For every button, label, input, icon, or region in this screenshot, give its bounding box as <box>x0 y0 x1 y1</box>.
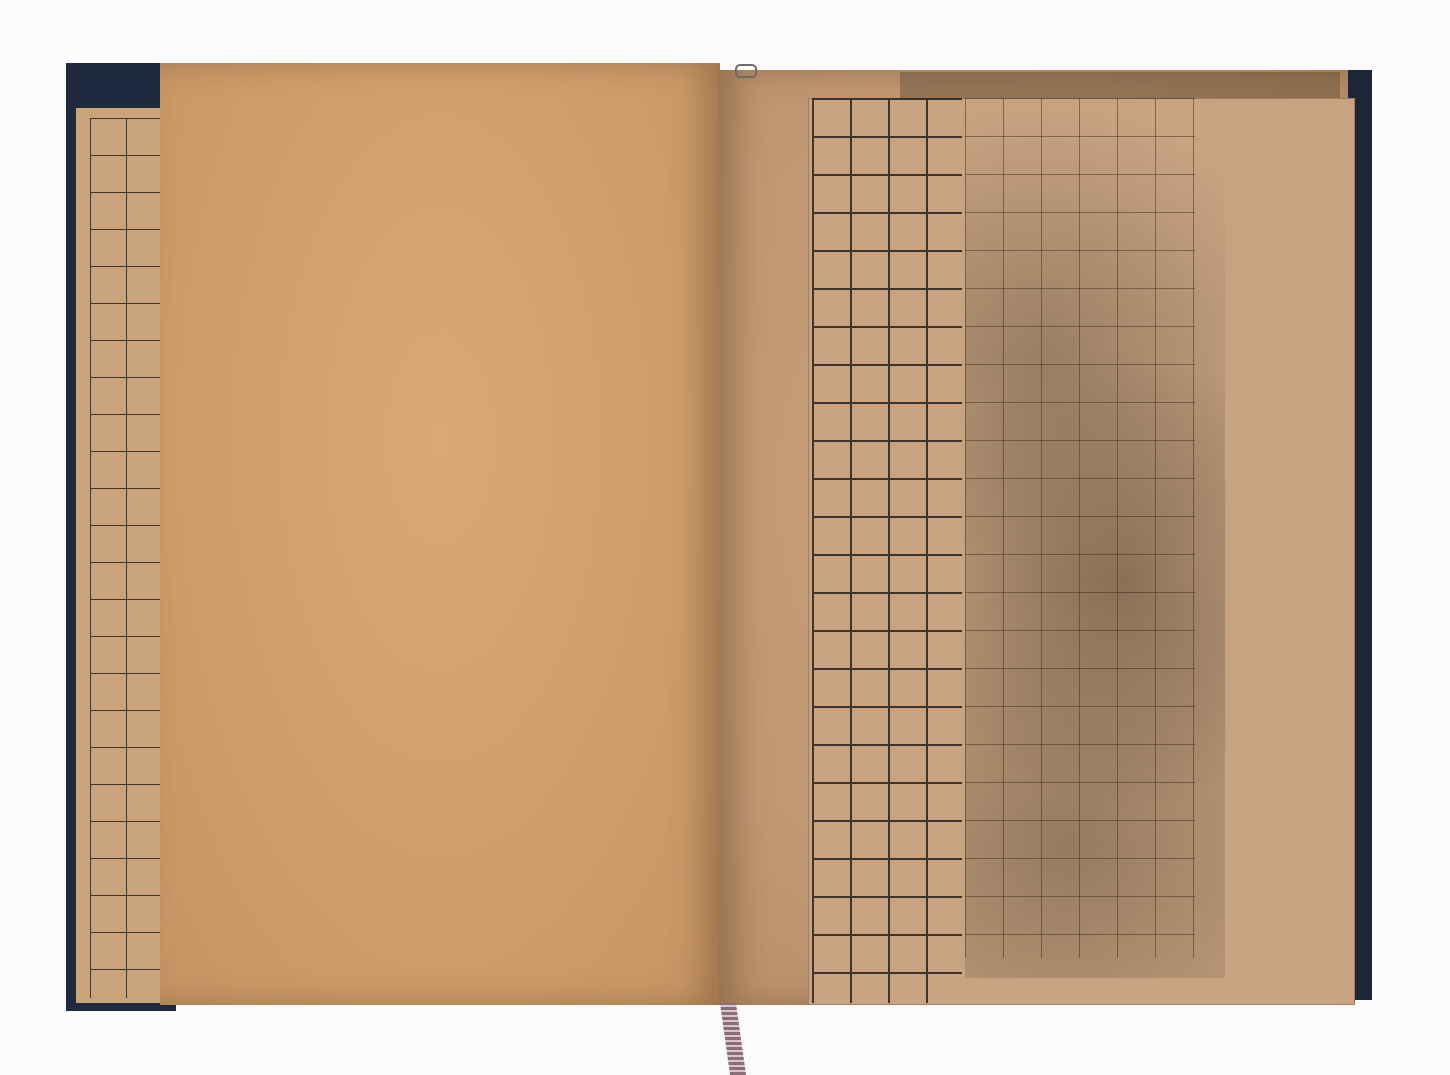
bold-ink-grid <box>812 98 962 1003</box>
ink-stains <box>965 98 1225 978</box>
left-kraft-page <box>160 63 720 1005</box>
hand-drawn-grid-left <box>90 118 162 998</box>
ink-band-top <box>900 72 1340 98</box>
bookmark-ribbon <box>720 1003 746 1075</box>
binding-ring <box>735 64 757 78</box>
